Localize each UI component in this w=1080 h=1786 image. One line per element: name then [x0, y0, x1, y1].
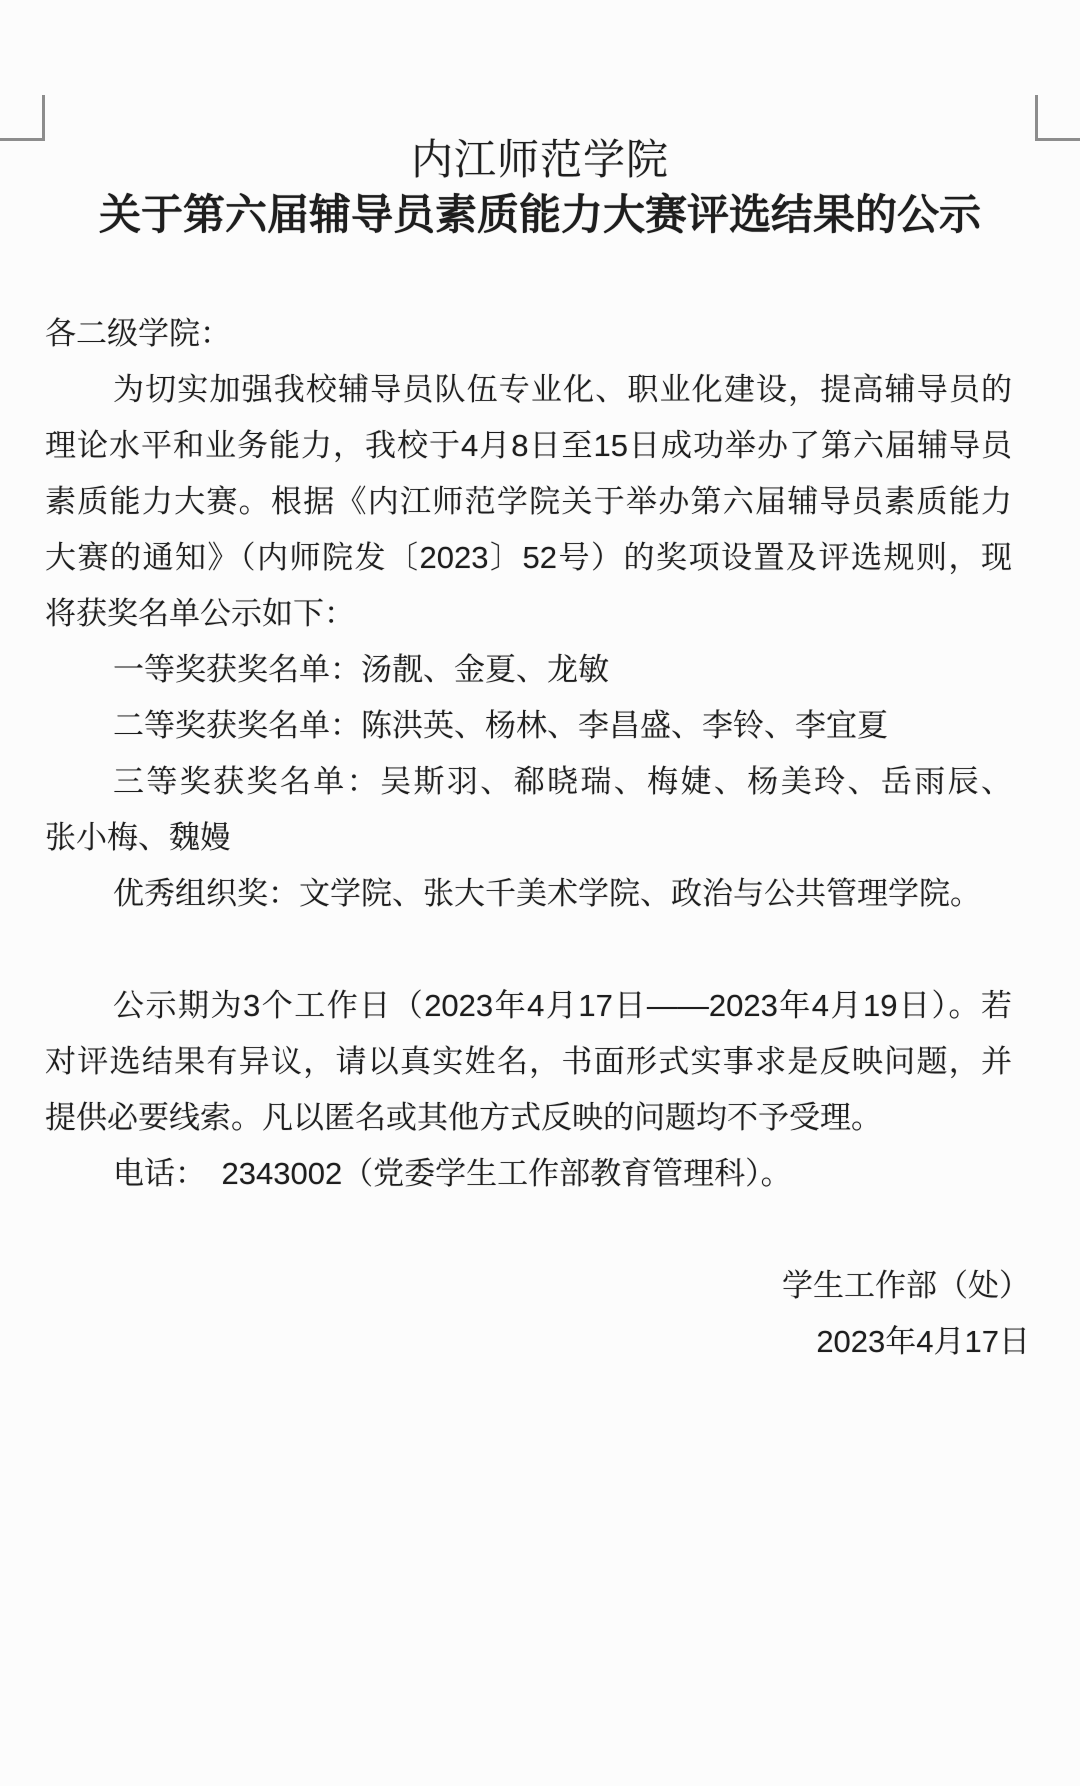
- signature-block: 学生工作部（处） 2023年4月17日: [0, 1258, 1080, 1370]
- document-subtitle: 关于第六届辅导员素质能力大赛评选结果的公示: [0, 186, 1080, 244]
- signature-department: 学生工作部（处）: [45, 1258, 1030, 1314]
- document-page: 内江师范学院 关于第六届辅导员素质能力大赛评选结果的公示 各二级学院：为切实加强…: [0, 0, 1080, 1786]
- document-line: 一等奖获奖名单：汤靓、金夏、龙敏: [45, 642, 1030, 698]
- document-line: 对评选结果有异议，请以真实姓名，书面形式实事求是反映问题，并: [45, 1034, 1030, 1090]
- document-line: 大赛的通知》（内师院发〔2023〕52号）的奖项设置及评选规则，现: [45, 530, 1030, 586]
- page-corner-mark-left: [0, 95, 45, 141]
- document-line: 各二级学院：: [45, 306, 1030, 362]
- document-line: 公示期为3个工作日（2023年4月17日——2023年4月19日）。若: [45, 978, 1030, 1034]
- document-line: 素质能力大赛。根据《内江师范学院关于举办第六届辅导员素质能力: [45, 474, 1030, 530]
- document-line: 理论水平和业务能力，我校于4月8日至15日成功举办了第六届辅导员: [45, 418, 1030, 474]
- document-line: 张小梅、魏嫚: [45, 810, 1030, 866]
- blank-line: [45, 922, 1030, 978]
- document-line: 电话： 2343002（党委学生工作部教育管理科）。: [45, 1146, 1030, 1202]
- document-body: 各二级学院：为切实加强我校辅导员队伍专业化、职业化建设，提高辅导员的理论水平和业…: [0, 306, 1080, 1258]
- document-title: 内江师范学院: [0, 134, 1080, 186]
- blank-line: [45, 1202, 1030, 1258]
- title-block: 内江师范学院 关于第六届辅导员素质能力大赛评选结果的公示: [0, 0, 1080, 244]
- document-line: 三等奖获奖名单：吴斯羽、郗晓瑞、梅婕、杨美玲、岳雨辰、: [45, 754, 1030, 810]
- document-line: 为切实加强我校辅导员队伍专业化、职业化建设，提高辅导员的: [45, 362, 1030, 418]
- document-line: 二等奖获奖名单：陈洪英、杨林、李昌盛、李铃、李宜夏: [45, 698, 1030, 754]
- document-line: 优秀组织奖：文学院、张大千美术学院、政治与公共管理学院。: [45, 866, 1030, 922]
- page-corner-mark-right: [1035, 95, 1080, 141]
- document-line: 提供必要线索。凡以匿名或其他方式反映的问题均不予受理。: [45, 1090, 1030, 1146]
- signature-date: 2023年4月17日: [45, 1314, 1030, 1370]
- document-line: 将获奖名单公示如下：: [45, 586, 1030, 642]
